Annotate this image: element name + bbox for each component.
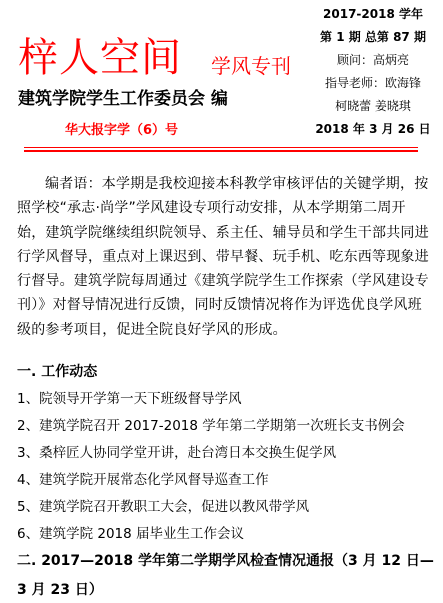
masthead-subtitle: 学风专刊 (211, 54, 291, 78)
publish-date: 2018 年 3 月 26 日 (303, 121, 443, 137)
section-heading-work-updates: 一. 工作动态 (17, 362, 97, 382)
instructors: 指导老师：欧海锋 (303, 75, 443, 91)
issue-number: 第 1 期 总第 87 期 (303, 29, 443, 45)
instructors-continued: 柯晓蕾 姜晓琪 (291, 98, 443, 114)
masthead-title: 梓人空间 (18, 34, 182, 82)
academic-year: 2017-2018 学年 (303, 6, 443, 22)
header-divider-thick (24, 150, 418, 152)
editor-credit: 建筑学院学生工作委员会 编 (18, 88, 228, 110)
list-item: 6、建筑学院 2018 届毕业生工作会议 (17, 524, 244, 544)
section-heading-inspection-report: 二. 2017—2018 学年第二学期学风检查情况通报（3 月 12 日—3 月… (17, 547, 437, 603)
list-item: 4、建筑学院开展常态化学风督导巡查工作 (17, 470, 269, 490)
advisor: 顾问：高炳亮 (303, 52, 443, 68)
issue-code: 华大报字学（6）号 (65, 123, 178, 139)
list-item: 2、建筑学院召开 2017-2018 学年第二学期第一次班长支书例会 (17, 416, 405, 436)
list-item: 5、建筑学院召开教职工大会，促进以教风带学风 (17, 497, 309, 517)
editor-note: 编者语：本学期是我校迎接本科教学审核评估的关键学期，按照学校“承志·尚学”学风建… (17, 172, 433, 342)
list-item: 3、桑梓匠人协同学堂开讲，赴台湾日本交换生促学风 (17, 443, 336, 463)
list-item: 1、院领导开学第一天下班级督导学风 (17, 389, 242, 409)
header-divider-thin (24, 147, 418, 148)
